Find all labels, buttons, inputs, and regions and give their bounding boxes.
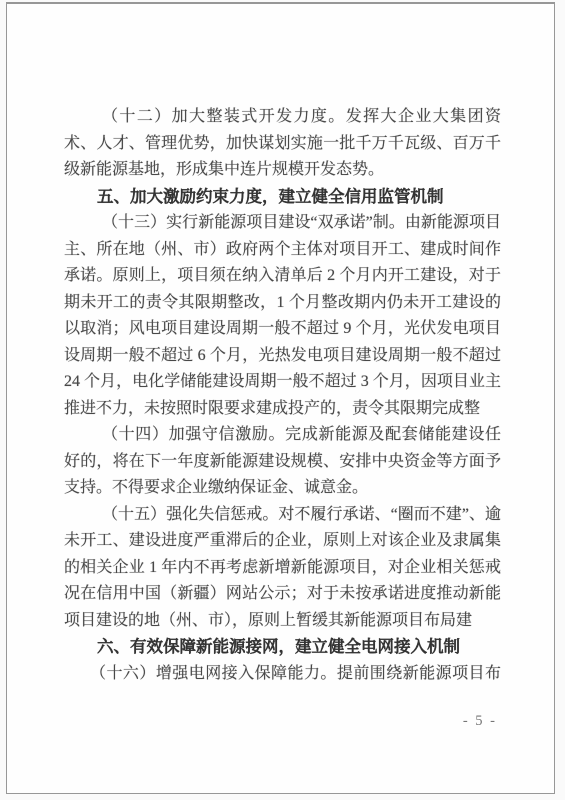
text-line: （十二）加大整装式开发力度。发挥大企业大集团资金、技 bbox=[64, 104, 501, 131]
text-line: （十四）加强守信激励。完成新能源及配套储能建设任务较 bbox=[64, 422, 501, 449]
text-line: 推进不力，未按照时限要求建成投产的，责令其限期完成整改。 bbox=[64, 396, 501, 423]
text-line: 项目建设的地（州、市），原则上暂缓其新能源项目布局建设。 bbox=[64, 608, 501, 635]
text-line: 24 个月，电化学储能建设周期一般不超过 3 个月，因项目业主 bbox=[64, 369, 501, 396]
text-line: 主、所在地（州、市）政府两个主体对项目开工、建成时间作出 bbox=[64, 237, 501, 264]
text-line: 术、人才、管理优势，加快谋划实施一批千万千瓦级、百万千瓦 bbox=[64, 131, 501, 158]
document-body: （十二）加大整装式开发力度。发挥大企业大集团资金、技 术、人才、管理优势，加快谋… bbox=[64, 104, 501, 735]
text-line: 期未开工的责令其限期整改，1 个月整改期内仍未开工建设的予 bbox=[64, 290, 501, 317]
text-line: 承诺。原则上，项目须在纳入清单后 2 个月内开工建设，对于逾 bbox=[64, 263, 501, 290]
scanned-page: （十二）加大整装式开发力度。发挥大企业大集团资金、技 术、人才、管理优势，加快谋… bbox=[6, 2, 555, 794]
text-line: 支持。不得要求企业缴纳保证金、诚意金。 bbox=[64, 475, 501, 502]
text-line: 的相关企业 1 年内不再考虑新增新能源项目，对企业相关惩戒情 bbox=[64, 555, 501, 582]
text-line: （十三）实行新能源项目建设“双承诺”制。由新能源项目业 bbox=[64, 210, 501, 237]
text-line: （十五）强化失信惩戒。对不履行承诺、“圈而不建”、逾期 bbox=[64, 502, 501, 529]
text-line: 设周期一般不超过 6 个月，光热发电项目建设周期一般不超过 bbox=[64, 343, 501, 370]
text-line: 况在信用中国（新疆）网站公示；对于未按承诺进度推动新能源 bbox=[64, 581, 501, 608]
section-heading-5: 五、加大激励约束力度，建立健全信用监管机制 bbox=[64, 184, 501, 211]
section-heading-6: 六、有效保障新能源接网，建立健全电网接入机制 bbox=[64, 634, 501, 661]
text-line: （十六）增强电网接入保障能力。提前围绕新能源项目布局， bbox=[64, 661, 501, 688]
text-line: 未开工、建设进度严重滞后的企业，原则上对该企业及隶属集团 bbox=[64, 528, 501, 555]
text-line: 以取消；风电项目建设周期一般不超过 9 个月，光伏发电项目建 bbox=[64, 316, 501, 343]
text-line: 好的，将在下一年度新能源建设规模、安排中央资金等方面予以 bbox=[64, 449, 501, 476]
page-number: - 5 - bbox=[64, 708, 501, 735]
text-line: 级新能源基地，形成集中连片规模开发态势。 bbox=[64, 157, 501, 184]
